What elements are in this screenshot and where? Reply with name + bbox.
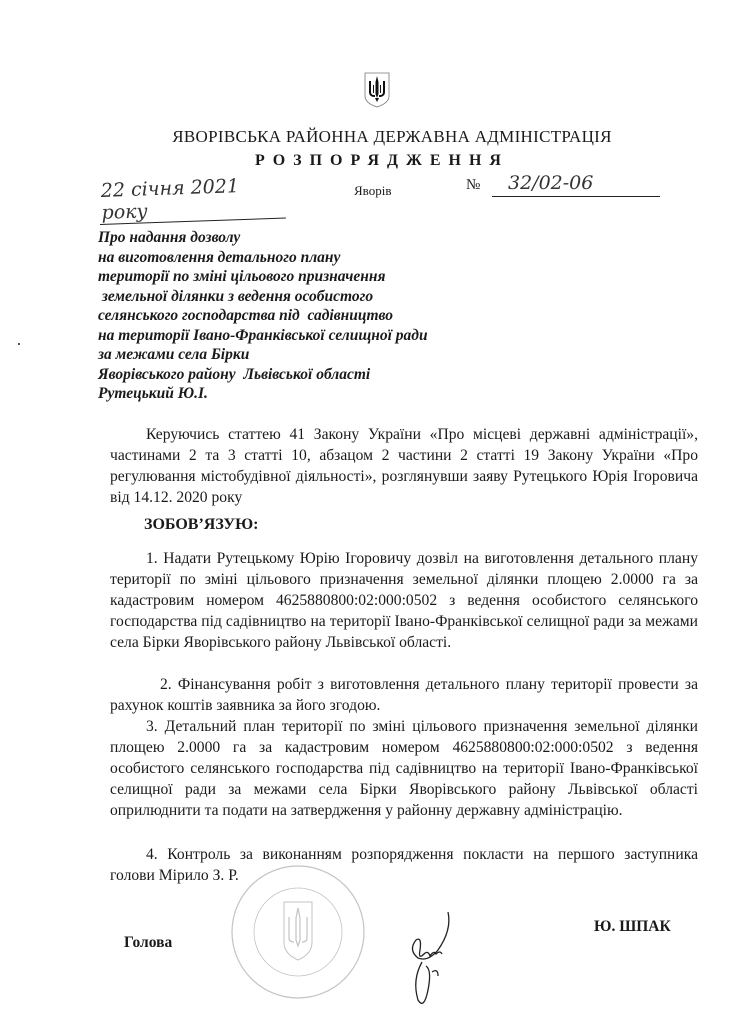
subject-line: селянського господарства під садівництво (98, 306, 428, 326)
handwritten-signature-icon (388, 910, 468, 1010)
trident-icon (364, 72, 390, 108)
signatory-name: Ю. ШПАК (594, 918, 671, 936)
subject-line: території по зміні цільового призначення (98, 267, 428, 287)
official-stamp-icon (228, 862, 368, 1002)
document-date: 22 січня 2021 року (98, 174, 285, 225)
document-number: 32/02-06 (508, 172, 593, 194)
number-label: № (466, 177, 480, 194)
subject-line: земельної ділянки з ведення особистого (98, 287, 428, 307)
subject-line: на виготовлення детального плану (98, 248, 428, 268)
item-4: 4. Контроль за виконанням розпорядження … (110, 844, 698, 886)
subject-block: Про надання дозволу на виготовлення дета… (98, 228, 428, 404)
organization-name: ЯВОРІВСЬКА РАЙОННА ДЕРЖАВНА АДМІНІСТРАЦІ… (0, 127, 744, 147)
subject-line: Яворівського району Львівської області (98, 365, 428, 385)
item-2: 2. Фінансування робіт з виготовлення дет… (110, 674, 698, 716)
signatory-title: Голова (124, 934, 172, 952)
document-type: РОЗПОРЯДЖЕННЯ (0, 152, 744, 170)
subject-line: Рутецький Ю.І. (98, 384, 428, 404)
subject-line: на території Івано-Франківської селищної… (98, 326, 428, 346)
decree-heading: ЗОБОВ’ЯЗУЮ: (144, 516, 259, 534)
item-1: 1. Надати Рутецькому Юрію Ігоровичу дозв… (110, 548, 698, 653)
number-underline (492, 196, 660, 197)
subject-line: за межами села Бірки (98, 345, 428, 365)
scan-speck (18, 343, 20, 345)
preamble-text: Керуючись статтею 41 Закону України «Про… (110, 426, 698, 506)
item-3: 3. Детальний план території по зміні ціл… (110, 716, 698, 821)
subject-line: Про надання дозволу (98, 228, 428, 248)
city: Яворів (354, 183, 391, 199)
preamble-paragraph: Керуючись статтею 41 Закону України «Про… (110, 424, 698, 508)
